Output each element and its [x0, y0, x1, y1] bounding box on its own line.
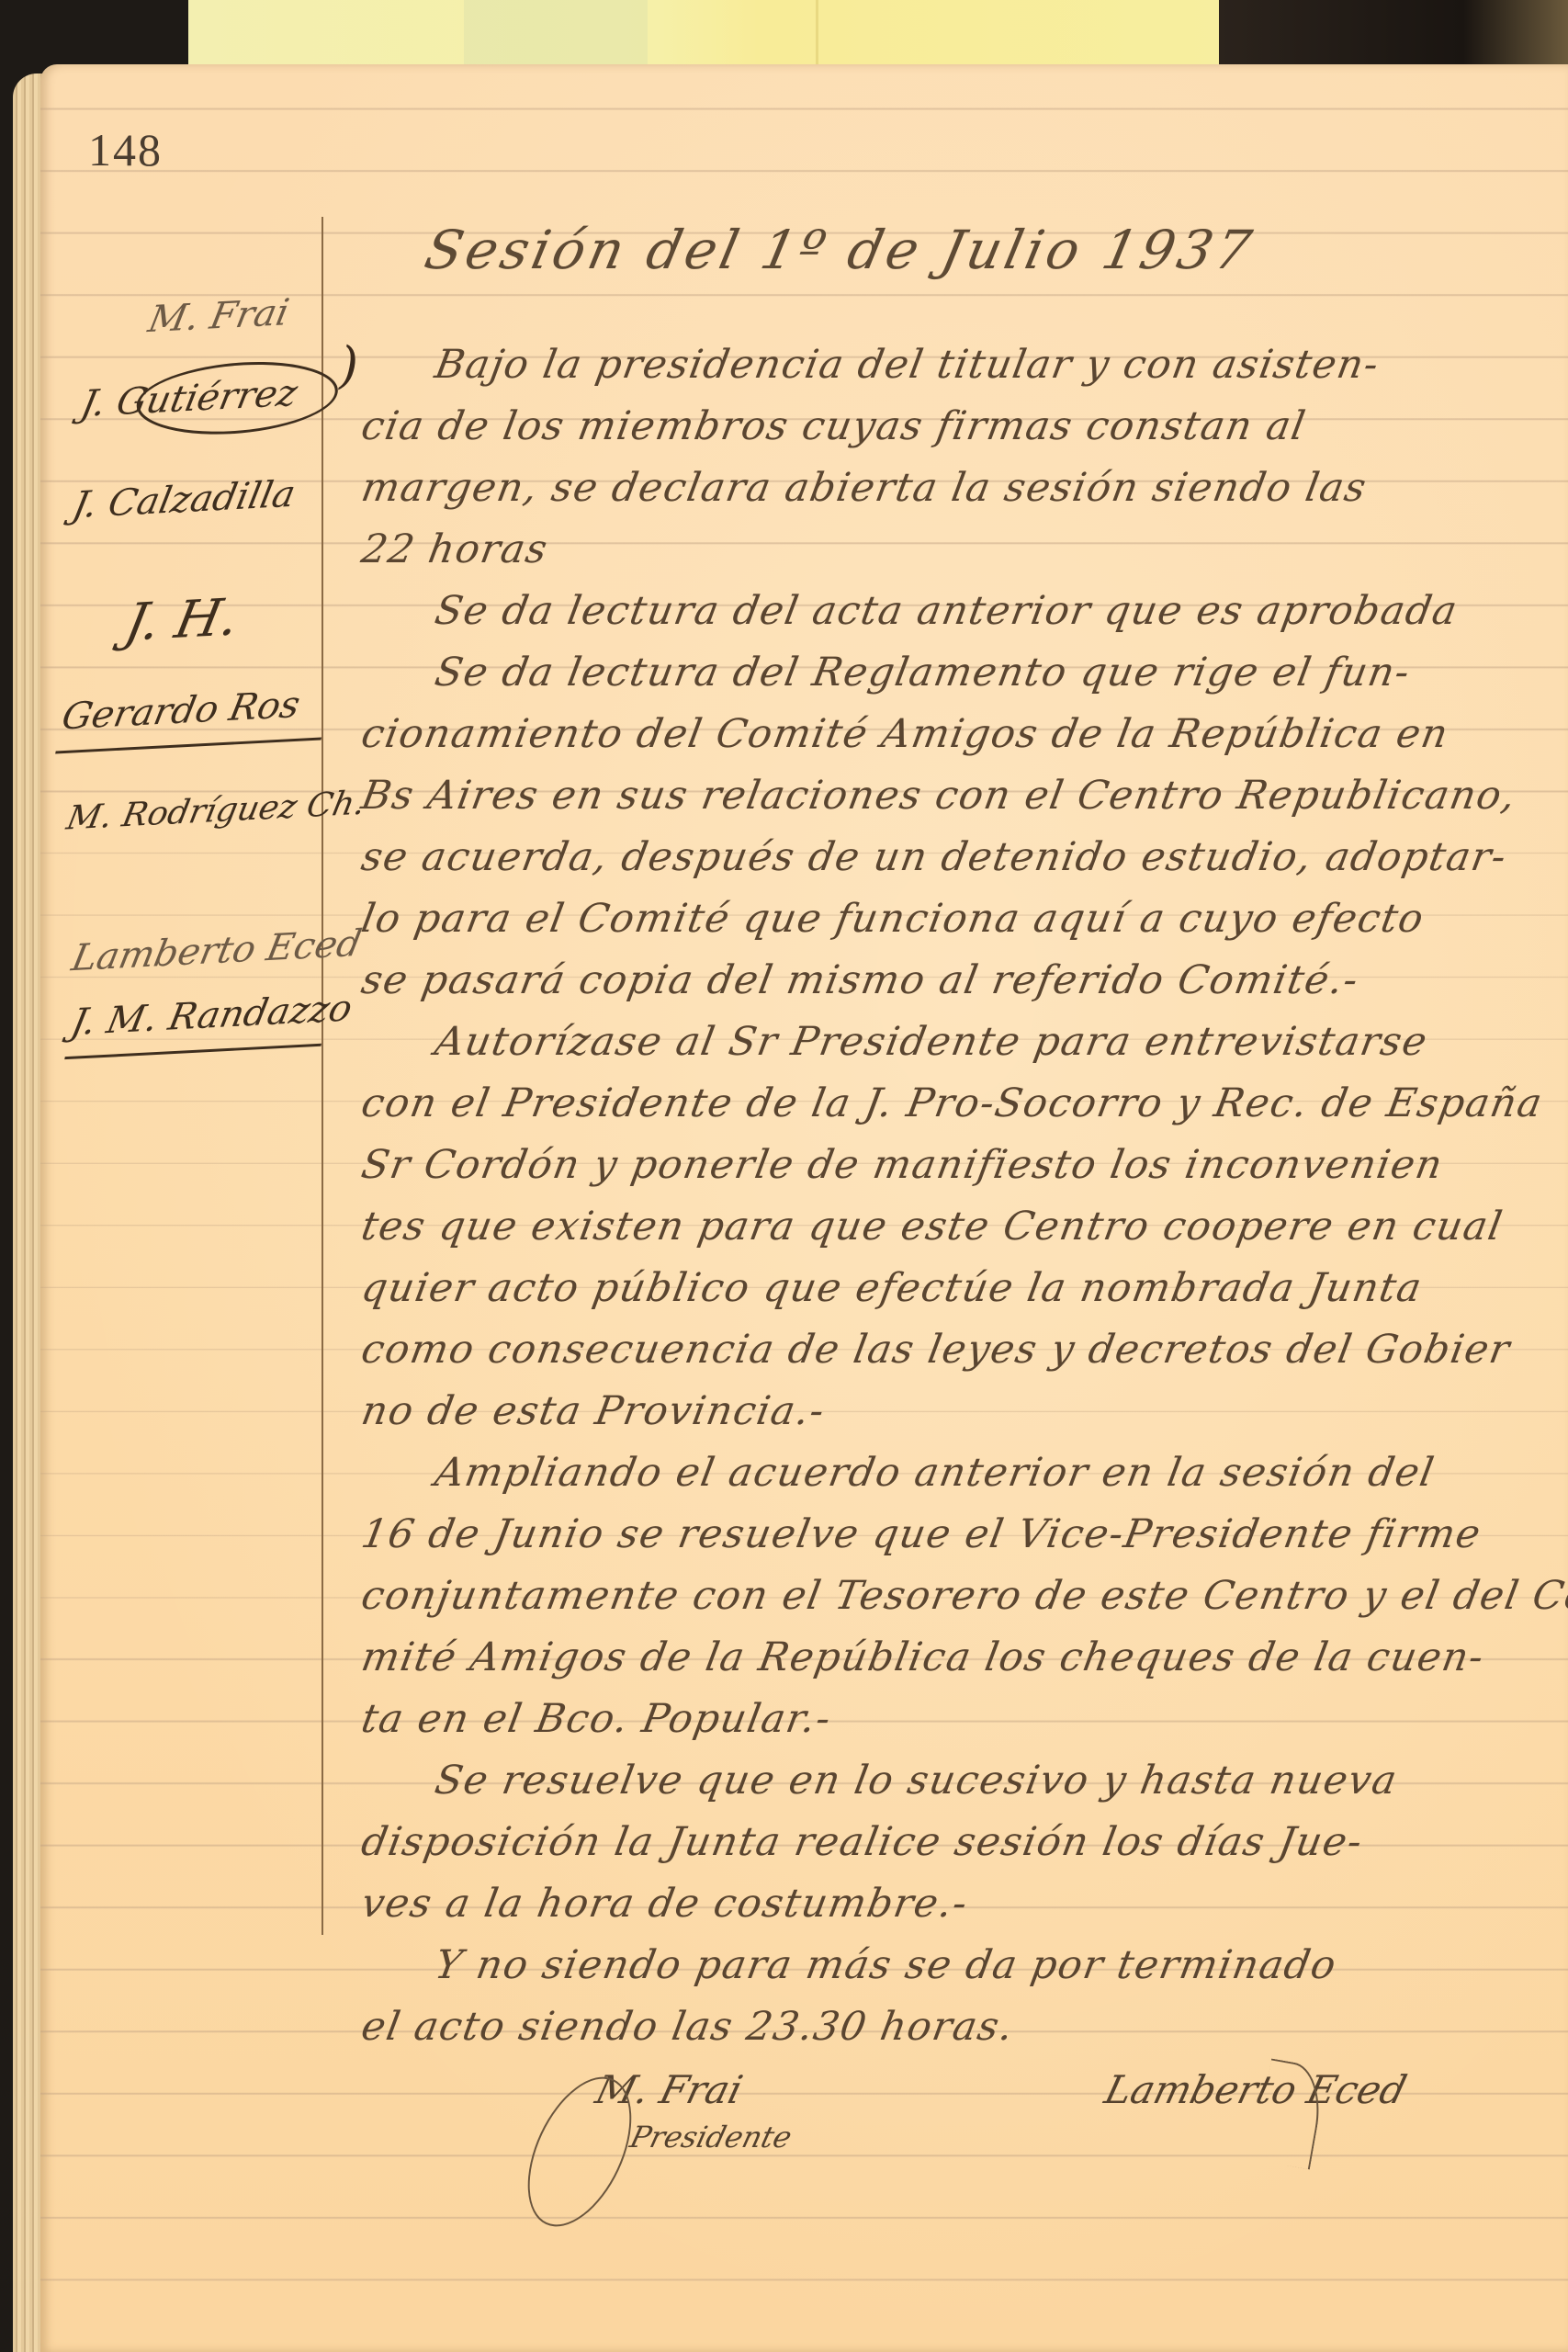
text-line: el acto siendo las 23.30 horas.	[356, 1996, 1552, 2058]
text-line: lo para el Comité que funciona aquí a cu…	[356, 888, 1552, 950]
ledger-page: 148 Sesión del 1º de Julio 1937 M. Frai …	[40, 64, 1568, 2352]
text-line: con el Presidente de la J. Pro-Socorro y…	[356, 1073, 1552, 1135]
text-line: ves a la hora de costumbre.-	[356, 1873, 1552, 1935]
tab-crease	[816, 0, 818, 64]
text-line: cionamiento del Comité Amigos de la Repú…	[356, 704, 1552, 765]
margin-signature: J. Gutiérrez	[66, 370, 337, 484]
margin-signature: Gerardo Ros	[55, 683, 333, 754]
session-title: Sesión del 1º de Julio 1937	[420, 219, 1260, 281]
text-line: Se da lectura del Reglamento que rige el…	[356, 642, 1552, 704]
text-line: Bajo la presidencia del titular y con as…	[356, 334, 1552, 396]
text-line: quier acto público que efectúe la nombra…	[356, 1258, 1552, 1319]
text-line: cia de los miembros cuyas firmas constan…	[356, 396, 1552, 458]
text-line: Se da lectura del acta anterior que es a…	[356, 581, 1552, 642]
text-line: no de esta Provincia.-	[356, 1381, 1552, 1442]
tab-shadow	[464, 0, 648, 64]
text-line: como consecuencia de las leyes y decreto…	[356, 1319, 1552, 1381]
text-line: 16 de Junio se resuelve que el Vice-Pres…	[356, 1504, 1552, 1566]
text-line: mité Amigos de la República los cheques …	[356, 1627, 1552, 1689]
margin-signatures: M. Frai J. Gutiérrez J. Calzadilla J. H.…	[59, 276, 325, 1053]
text-line: Ampliando el acuerdo anterior en la sesi…	[356, 1442, 1552, 1504]
text-line: Y no siendo para más se da por terminado	[356, 1935, 1552, 1996]
text-line: se pasará copia del mismo al referido Co…	[356, 950, 1552, 1012]
text-line: 22 horas	[356, 519, 1552, 581]
text-line: Sr Cordón y ponerle de manifiesto los in…	[356, 1135, 1552, 1196]
text-line: tes que existen para que este Centro coo…	[356, 1196, 1552, 1258]
text-line: ta en el Bco. Popular.-	[356, 1689, 1552, 1750]
margin-signature: M. Rodríguez Ch.	[51, 786, 337, 901]
page-number: 148	[88, 123, 163, 176]
text-line: margen, se declara abierta la sesión sie…	[356, 458, 1552, 519]
text-line: Bs Aires en sus relaciones con el Centro…	[356, 765, 1552, 827]
yellow-page-tab	[188, 0, 1226, 64]
book-binding	[1219, 0, 1568, 64]
text-line: se acuerda, después de un detenido estud…	[356, 827, 1552, 888]
secretary-signature: Lamberto Eced	[1100, 2067, 1411, 2112]
text-line: Se resuelve que en lo sucesivo y hasta n…	[356, 1750, 1552, 1812]
text-line: Autorízase al Sr Presidente para entrevi…	[356, 1012, 1552, 1073]
minutes-body: Bajo la presidencia del titular y con as…	[362, 334, 1547, 2058]
paragraph-marker: )	[339, 336, 358, 394]
text-line: disposición la Junta realice sesión los …	[356, 1812, 1552, 1873]
margin-signature: J. H.	[112, 582, 336, 694]
text-line: conjuntamente con el Tesorero de este Ce…	[356, 1566, 1552, 1627]
margin-signature: J. Calzadilla	[56, 471, 338, 594]
signature-role: Presidente	[626, 2120, 795, 2154]
